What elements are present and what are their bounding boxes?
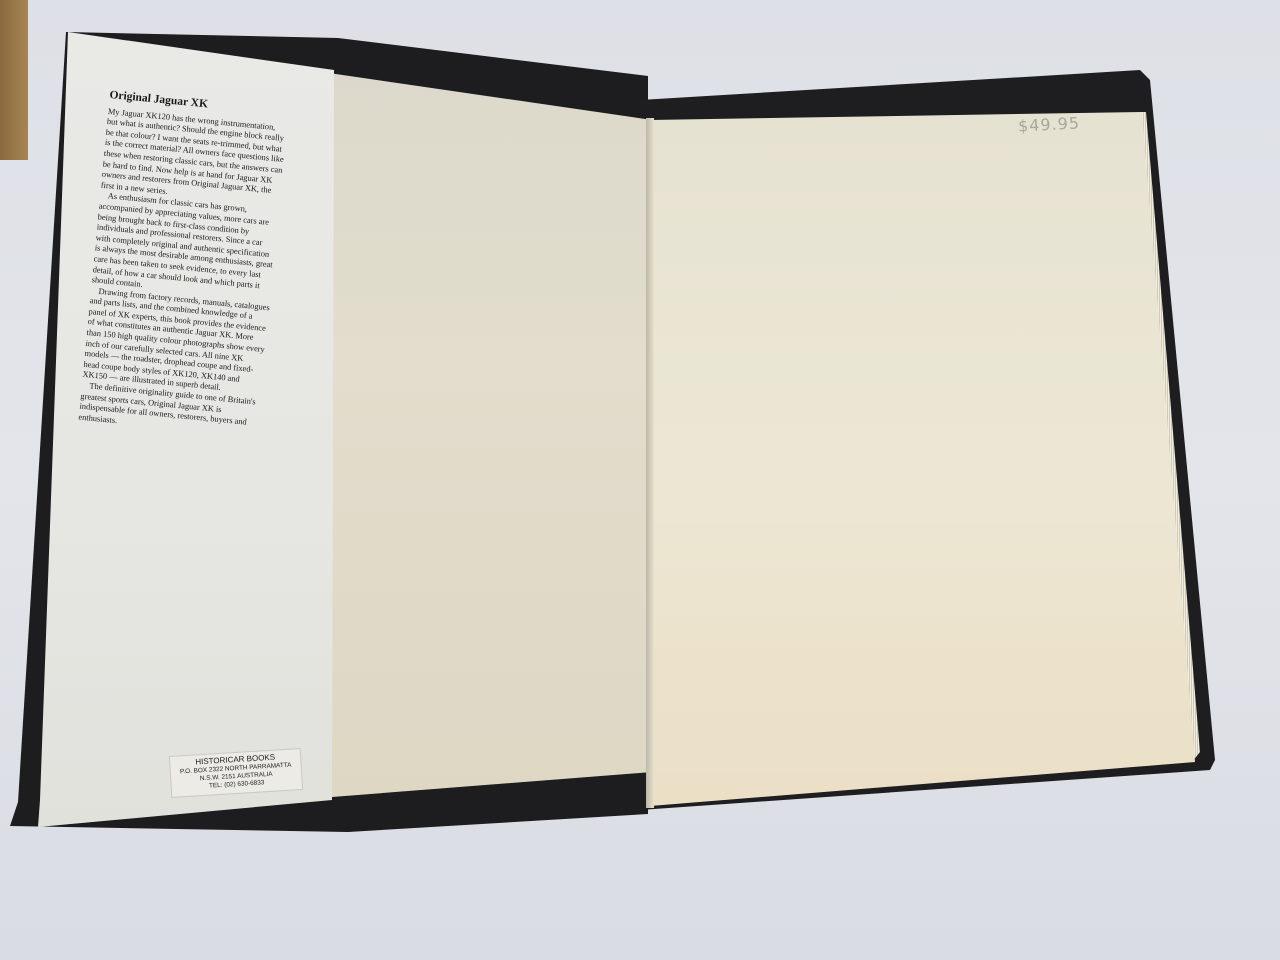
wooden-table-edge xyxy=(0,0,28,160)
pencil-price-mark: $49.95 xyxy=(1018,113,1081,135)
flap-paragraph: As enthusiasm for classic cars has grown… xyxy=(91,191,279,303)
book-photo: Original Jaguar XK My Jaguar XK120 has t… xyxy=(0,0,1280,960)
flap-blurb: Original Jaguar XK My Jaguar XK120 has t… xyxy=(78,90,289,440)
flap-paragraph: Drawing from factory records, manuals, c… xyxy=(82,286,270,398)
book-gutter xyxy=(646,118,654,808)
bookseller-sticker: HISTORICAR BOOKS P.O. BOX 2322 NORTH PAR… xyxy=(169,748,303,798)
front-endpaper xyxy=(322,72,652,808)
first-page xyxy=(650,112,1196,806)
